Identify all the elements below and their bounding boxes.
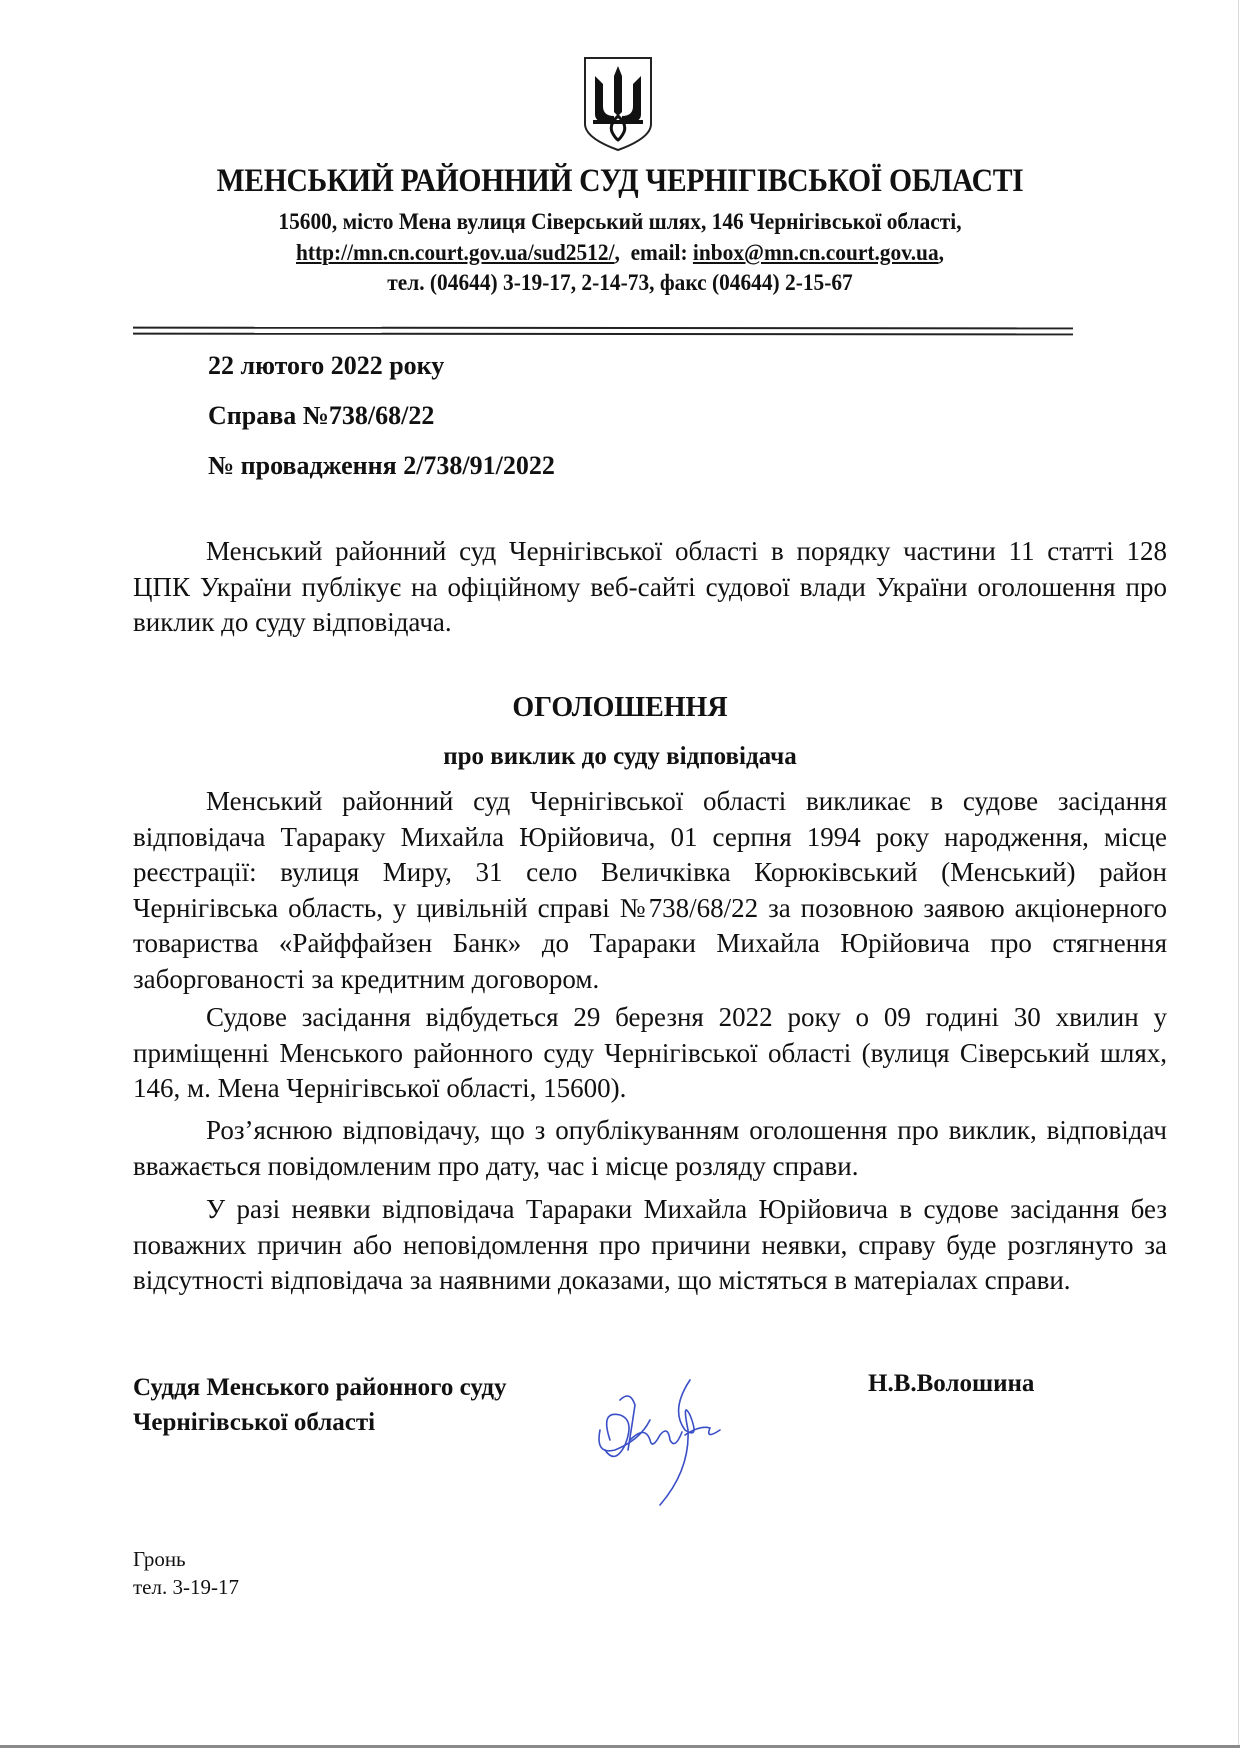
notice-subtitle: про виклик до суду відповідача [0,743,1240,771]
header-divider-top [133,327,1073,330]
handwritten-signature-icon [590,1370,760,1510]
case-number: Справа №738/68/22 [208,401,434,431]
notice-paragraph-explanation: Роз’яснюю відповідачу, що з опублікуванн… [133,1113,1167,1184]
court-contacts: http://mn.cn.court.gov.ua/sud2512/, emai… [43,240,1196,266]
notice-title: ОГОЛОШЕННЯ [0,692,1240,724]
intro-paragraph: Менський районний суд Чернігівської обла… [133,534,1167,641]
executor-phone: тел. 3-19-17 [133,1573,239,1601]
judge-position-line2: Чернігівської області [133,1405,507,1440]
trident-coat-of-arms-icon [581,54,655,152]
document-date: 22 лютого 2022 року [208,351,444,381]
judge-position-line1: Суддя Менського районного суду [133,1370,507,1405]
judge-position: Суддя Менського районного суду Чернігівс… [133,1370,507,1440]
judge-name: Н.В.Волошина [868,1370,1034,1398]
court-name: МЕНСЬКИЙ РАЙОННИЙ СУД ЧЕРНІГІВСЬКОЇ ОБЛА… [62,163,1178,200]
court-phones: тел. (04644) 3-19-17, 2-14-73, факс (046… [43,270,1196,296]
proceeding-number: № провадження 2/738/91/2022 [208,451,555,481]
executor-footer: Гронь тел. 3-19-17 [133,1545,239,1601]
court-website-link[interactable]: http://mn.cn.court.gov.ua/sud2512/ [296,240,615,265]
email-label: email: [631,240,688,265]
executor-name: Гронь [133,1545,239,1573]
scan-edge-bottom [0,1745,1240,1748]
document-page: МЕНСЬКИЙ РАЙОННИЙ СУД ЧЕРНІГІВСЬКОЇ ОБЛА… [0,0,1240,1754]
header-divider-bottom [133,333,1073,336]
notice-paragraph-hearing: Судове засідання відбудеться 29 березня … [133,1000,1167,1107]
court-email-link[interactable]: inbox@mn.cn.court.gov.ua [693,240,939,265]
court-address: 15600, місто Мена вулиця Сіверський шлях… [43,209,1196,235]
notice-paragraph-summons: Менський районний суд Чернігівської обла… [133,784,1167,997]
scan-edge-right [1238,0,1239,1748]
notice-paragraph-absence: У разі неявки відповідача Тарараки Михай… [133,1192,1167,1299]
